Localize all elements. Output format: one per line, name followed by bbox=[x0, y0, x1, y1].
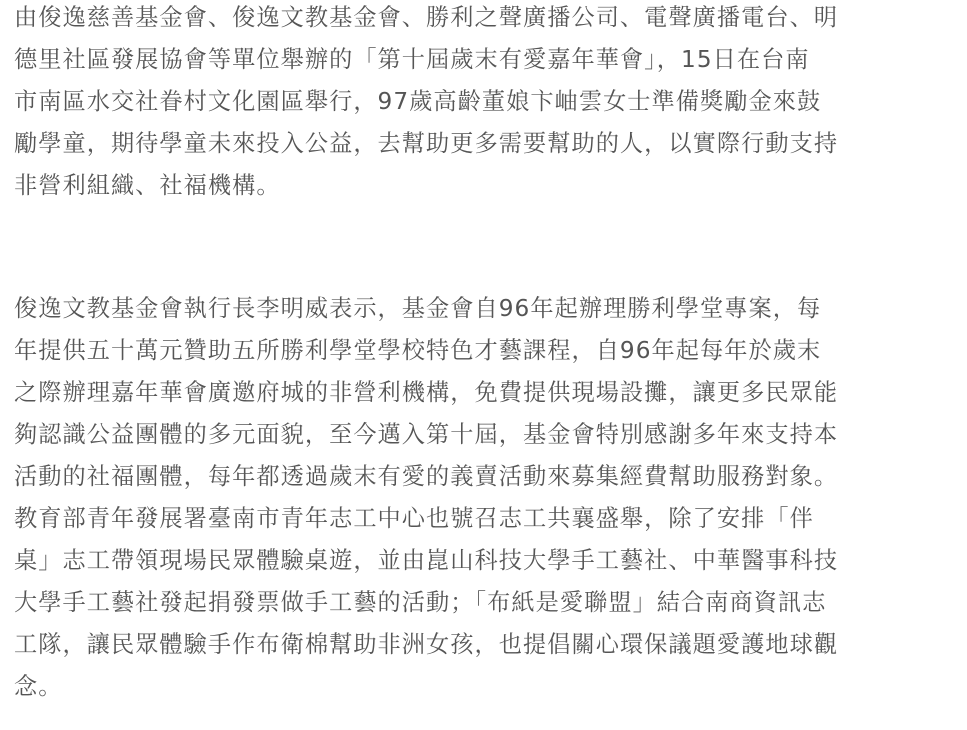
paragraph-line: 市南區水交社眷村文化園區舉行，97歲高齡董娘卞岫雲女士準備獎勵金來鼓 bbox=[14, 81, 838, 123]
paragraph-line: 念。 bbox=[14, 666, 838, 708]
paragraph-line: 教育部青年發展署臺南市青年志工中心也號召志工共襄盛舉，除了安排「伴 bbox=[14, 498, 838, 540]
article-paragraph-1: 由俊逸慈善基金會、俊逸文教基金會、勝利之聲廣播公司、電聲廣播電台、明 德里社區發… bbox=[14, 0, 838, 207]
paragraph-line: 之際辦理嘉年華會廣邀府城的非營利機構，免費提供現場設攤，讓更多民眾能 bbox=[14, 372, 838, 414]
paragraph-line: 夠認識公益團體的多元面貌，至今邁入第十屆，基金會特別感謝多年來支持本 bbox=[14, 414, 838, 456]
paragraph-line: 俊逸文教基金會執行長李明威表示，基金會自96年起辦理勝利學堂專案，每 bbox=[14, 288, 838, 330]
paragraph-line: 德里社區發展協會等單位舉辦的「第十屆歲末有愛嘉年華會」，15日在台南 bbox=[14, 39, 838, 81]
paragraph-line: 桌」志工帶領現場民眾體驗桌遊，並由崑山科技大學手工藝社、中華醫事科技 bbox=[14, 540, 838, 582]
paragraph-line: 非營利組織、社福機構。 bbox=[14, 165, 838, 207]
paragraph-line: 年提供五十萬元贊助五所勝利學堂學校特色才藝課程，自96年起每年於歲末 bbox=[14, 330, 838, 372]
paragraph-line: 工隊，讓民眾體驗手作布衛棉幫助非洲女孩，也提倡關心環保議題愛護地球觀 bbox=[14, 624, 838, 666]
paragraph-line: 活動的社福團體，每年都透過歲末有愛的義賣活動來募集經費幫助服務對象。 bbox=[14, 456, 838, 498]
paragraph-line: 大學手工藝社發起捐發票做手工藝的活動；「布紙是愛聯盟」結合南商資訊志 bbox=[14, 582, 838, 624]
paragraph-line: 由俊逸慈善基金會、俊逸文教基金會、勝利之聲廣播公司、電聲廣播電台、明 bbox=[14, 0, 838, 39]
article-paragraph-2: 俊逸文教基金會執行長李明威表示，基金會自96年起辦理勝利學堂專案，每 年提供五十… bbox=[14, 288, 838, 708]
paragraph-line: 勵學童，期待學童未來投入公益，去幫助更多需要幫助的人，以實際行動支持 bbox=[14, 123, 838, 165]
